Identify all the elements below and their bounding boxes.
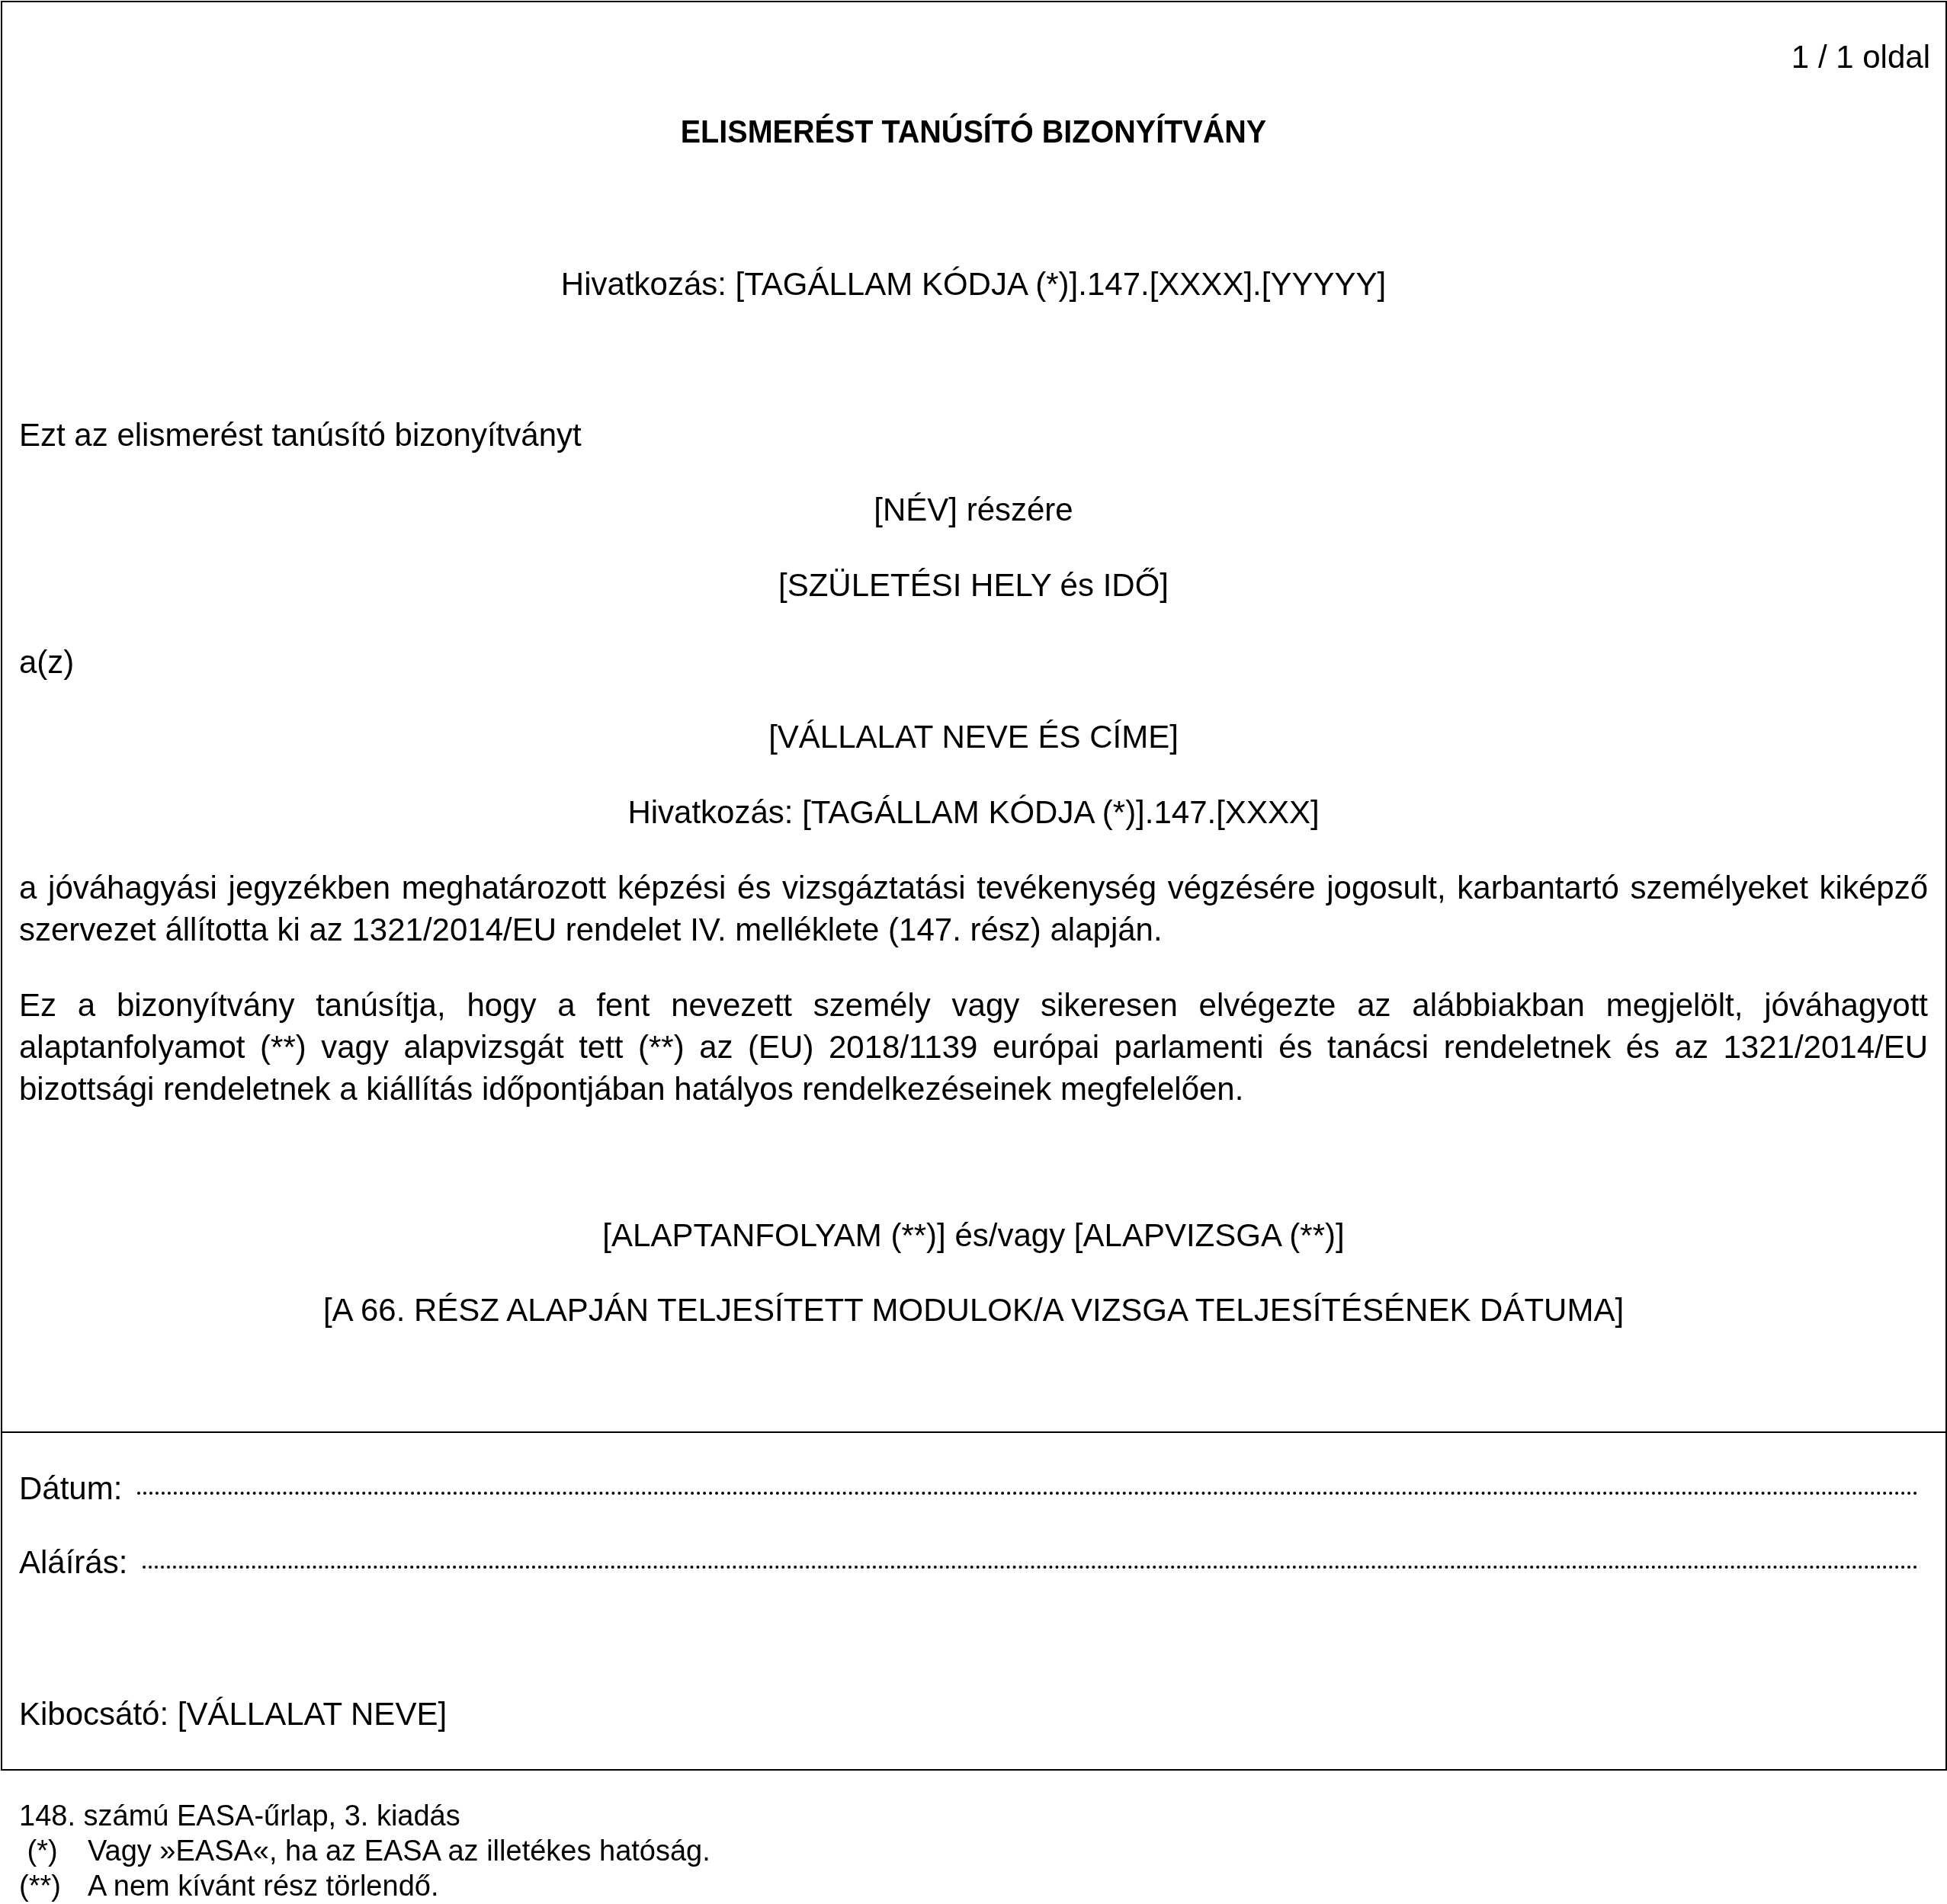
form-identifier: 148. számú EASA-űrlap, 3. kiadás (19, 1799, 710, 1834)
page-indicator: 1 / 1 oldal (1791, 37, 1930, 78)
footnote-text: A nem kívánt rész törlendő. (88, 1869, 438, 1904)
footer: 148. számú EASA-űrlap, 3. kiadás (*) Vag… (19, 1799, 710, 1904)
date-dotted-line[interactable] (137, 1492, 1919, 1495)
birth-place-date: [SZÜLETÉSI HELY és IDŐ] (0, 565, 1947, 606)
section-divider (2, 1431, 1945, 1433)
signature-field[interactable]: Aláírás: (19, 1542, 1928, 1583)
attestation-paragraph: Ez a bizonyítvány tanúsítja, hogy a fent… (19, 984, 1928, 1110)
signature-dotted-line[interactable] (143, 1566, 1919, 1569)
issuer-paragraph: a jóváhagyási jegyzékben meghatározott k… (19, 867, 1928, 950)
organisation-reference: Hivatkozás: [TAGÁLLAM KÓDJA (*)].147.[XX… (0, 792, 1947, 833)
holder-name: [NÉV] részére (0, 489, 1947, 530)
footnote: (*) Vagy »EASA«, ha az EASA az illetékes… (19, 1834, 710, 1869)
footnote: (**) A nem kívánt rész törlendő. (19, 1869, 710, 1904)
document-title: ELISMERÉST TANÚSÍTÓ BIZONYÍTVÁNY (78, 111, 1869, 152)
date-field[interactable]: Dátum: (19, 1468, 1928, 1509)
company-name-address: [VÁLLALAT NEVE ÉS CÍME] (0, 716, 1947, 758)
az-label: a(z) (19, 642, 74, 683)
course-exam-line: [ALAPTANFOLYAM (**)] és/vagy [ALAPVIZSGA… (0, 1215, 1947, 1256)
footnote-mark: (**) (19, 1869, 88, 1904)
signature-label: Aláírás: (19, 1542, 127, 1583)
modules-date-line: [A 66. RÉSZ ALAPJÁN TELJESÍTETT MODULOK/… (0, 1290, 1947, 1331)
certificate-reference: Hivatkozás: [TAGÁLLAM KÓDJA (*)].147.[XX… (0, 264, 1947, 305)
issuer-line: Kibocsátó: [VÁLLALAT NEVE] (19, 1694, 447, 1735)
footnote-mark: (*) (19, 1834, 88, 1869)
intro-text: Ezt az elismerést tanúsító bizonyítványt (19, 415, 582, 456)
date-label: Dátum: (19, 1468, 122, 1509)
footnote-text: Vagy »EASA«, ha az EASA az illetékes hat… (88, 1834, 710, 1869)
